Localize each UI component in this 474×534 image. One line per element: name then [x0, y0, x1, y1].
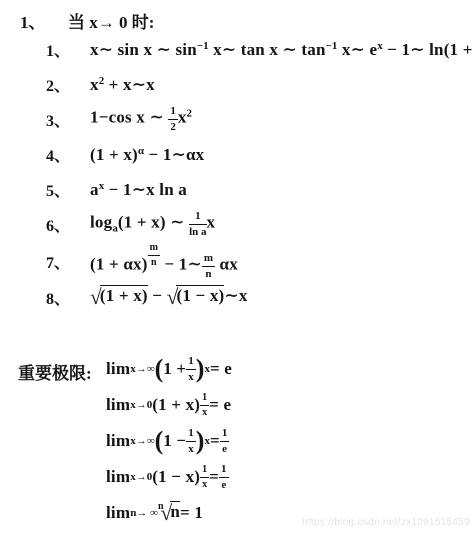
limit-formula: limx→∞ (1 − 1x)x = 1e [106, 423, 232, 459]
math-text: = 1 [180, 504, 203, 523]
watermark-text: https://blog.csdn.net/zx1091515459 [302, 517, 470, 528]
math-text: lim [106, 504, 130, 523]
math-text: a [90, 180, 99, 199]
math-fraction: 1x [200, 464, 209, 490]
math-text: 1 − [163, 432, 186, 451]
fraction-denominator: n [148, 256, 160, 269]
math-text: = [210, 432, 220, 451]
equivalent-infinitesimals-list: 1、 x∼ sin x ∼ sin−1 x∼ tan x ∼ tan−1 x∼ … [0, 32, 474, 315]
math-subscript: x→0 [130, 471, 152, 483]
math-text: 1−cos x ∼ [90, 108, 168, 127]
fraction-denominator: ln a [189, 225, 206, 239]
section-number: 1、 [20, 8, 68, 33]
math-superscript: 2 [187, 108, 193, 120]
section-heading: 1、当 x→ 0 时: [0, 0, 474, 32]
math-text: − 1∼αx [144, 145, 204, 164]
fraction-numerator: 1 [186, 427, 196, 442]
document-page: 1、当 x→ 0 时: 1、 x∼ sin x ∼ sin−1 x∼ tan x… [0, 0, 474, 534]
item-number: 5、 [46, 178, 90, 201]
fraction-denominator: e [220, 442, 230, 456]
math-text: − [148, 286, 167, 305]
math-fraction: 12 [168, 105, 178, 133]
math-text: lim [106, 360, 130, 379]
fraction-numerator: 1 [186, 355, 196, 370]
math-text: = [209, 468, 219, 487]
item-number: 4、 [46, 143, 90, 166]
radicand: n [170, 501, 180, 522]
fraction-denominator: x [186, 370, 196, 384]
equiv-item: 2、 x2 + x∼x [0, 67, 474, 102]
section-title: 当 x→ 0 时: [68, 13, 154, 32]
formula: (1 + x)α − 1∼αx [90, 145, 204, 165]
math-text: log [90, 213, 112, 232]
item-number: 6、 [46, 213, 90, 236]
equiv-item: 4、 (1 + x)α − 1∼αx [0, 137, 474, 172]
item-number: 2、 [46, 73, 90, 96]
math-text: x∼ sin x ∼ sin [90, 40, 197, 59]
math-superscript: −1 [326, 40, 338, 52]
radicand: (1 + x) [100, 285, 148, 306]
equiv-item: 1、 x∼ sin x ∼ sin−1 x∼ tan x ∼ tan−1 x∼ … [0, 32, 474, 67]
math-square-root: √(1 + x) [90, 285, 148, 309]
fraction-numerator: 1 [168, 105, 178, 120]
math-text: lim [106, 396, 130, 415]
math-fraction: 1x [186, 355, 196, 383]
math-text: − 1∼x ln a [104, 180, 187, 199]
limit-formula: limx→0(1 + x)1x = e [106, 387, 232, 423]
math-text: + x∼x [104, 75, 155, 94]
fraction-numerator: 1 [200, 464, 209, 478]
math-nth-root: n√n [158, 501, 180, 525]
item-number: 8、 [46, 286, 90, 309]
fraction-denominator: x [200, 406, 209, 419]
fraction-numerator: 1 [220, 427, 230, 442]
math-parenthesis: ( [155, 427, 164, 456]
equiv-item: 5、 ax − 1∼x ln a [0, 172, 474, 207]
fraction-denominator: x [200, 478, 209, 491]
formula: (1 + αx)mn − 1∼mn αx [90, 242, 238, 280]
math-text: − 1∼ [160, 255, 202, 274]
math-fraction: 1e [219, 463, 229, 491]
equiv-item: 7、 (1 + αx)mn − 1∼mn αx [0, 242, 474, 280]
math-text: (1 + x) ∼ [118, 213, 189, 232]
math-text: x∼ e [337, 40, 377, 59]
radicand: (1 − x) [176, 285, 224, 306]
math-text: lim [106, 468, 130, 487]
math-fraction: mn [202, 252, 215, 280]
fraction-denominator: 2 [168, 120, 178, 134]
math-text: x∼ tan x ∼ tan [209, 40, 326, 59]
math-parenthesis: ( [155, 355, 164, 384]
math-text: lim [106, 432, 130, 451]
fraction-numerator: 1 [219, 463, 229, 478]
math-parenthesis: ) [196, 355, 205, 384]
math-text: (1 + αx) [90, 255, 148, 274]
math-text: = e [209, 396, 231, 415]
item-number: 7、 [46, 250, 90, 273]
formula: loga(1 + x) ∼ 1ln ax [90, 210, 215, 238]
equiv-item: 6、 loga(1 + x) ∼ 1ln ax [0, 207, 474, 242]
math-fraction: 1e [220, 427, 230, 455]
math-subscript: x→0 [130, 399, 152, 411]
limits-label: 重要极限: [18, 351, 106, 384]
math-text: − 1∼ ln(1 + x) [383, 40, 474, 59]
equiv-item: 3、 1−cos x ∼ 12x2 [0, 102, 474, 137]
formula: √(1 + x) − √(1 − x)∼x [90, 285, 248, 309]
limits-list: limx→∞ (1 + 1x)x = e limx→0(1 + x)1x = e… [106, 351, 232, 531]
math-subscript: x→∞ [130, 435, 154, 447]
math-fraction: mn [148, 242, 160, 268]
formula: 1−cos x ∼ 12x2 [90, 105, 192, 133]
item-number: 1、 [46, 38, 90, 61]
math-parenthesis: ) [196, 427, 205, 456]
formula: x2 + x∼x [90, 75, 155, 95]
fraction-denominator: x [186, 442, 196, 456]
math-square-root: √(1 − x) [167, 285, 225, 309]
formula: ax − 1∼x ln a [90, 180, 187, 200]
math-text: 1 + [163, 360, 186, 379]
formula: x∼ sin x ∼ sin−1 x∼ tan x ∼ tan−1 x∼ ex … [90, 40, 474, 60]
fraction-numerator: 1 [200, 392, 209, 406]
math-text: (1 + x) [152, 396, 200, 415]
limit-formula: limx→∞ (1 + 1x)x = e [106, 351, 232, 387]
limit-formula: limn→ ∞ n√n = 1 [106, 495, 232, 531]
math-notes-page: { "colors": { "background": "#ffffff", "… [0, 0, 474, 534]
math-text: x [207, 213, 216, 232]
math-text: x [90, 75, 99, 94]
math-text: (1 + x) [90, 145, 138, 164]
math-subscript: n→ ∞ [130, 507, 158, 519]
fraction-denominator: n [202, 267, 215, 281]
math-subscript: x→∞ [130, 363, 154, 375]
math-superscript: −1 [197, 40, 209, 52]
math-fraction: 1x [186, 427, 196, 455]
fraction-denominator: e [219, 478, 229, 492]
math-text: (1 − x) [152, 468, 200, 487]
math-text: = e [210, 360, 232, 379]
math-fraction: 1ln a [189, 210, 206, 238]
math-text: x [178, 108, 187, 127]
equiv-item: 8、 √(1 + x) − √(1 − x)∼x [0, 280, 474, 315]
fraction-numerator: m [202, 252, 215, 267]
important-limits-section: 重要极限: limx→∞ (1 + 1x)x = e limx→0(1 + x)… [0, 351, 474, 531]
math-text: αx [215, 255, 238, 274]
item-number: 3、 [46, 108, 90, 131]
math-fraction: 1x [200, 392, 209, 418]
limit-formula: limx→0(1 − x)1x = 1e [106, 459, 232, 495]
fraction-numerator: 1 [189, 210, 206, 225]
fraction-numerator: m [148, 242, 160, 256]
math-text: ∼x [224, 286, 247, 305]
